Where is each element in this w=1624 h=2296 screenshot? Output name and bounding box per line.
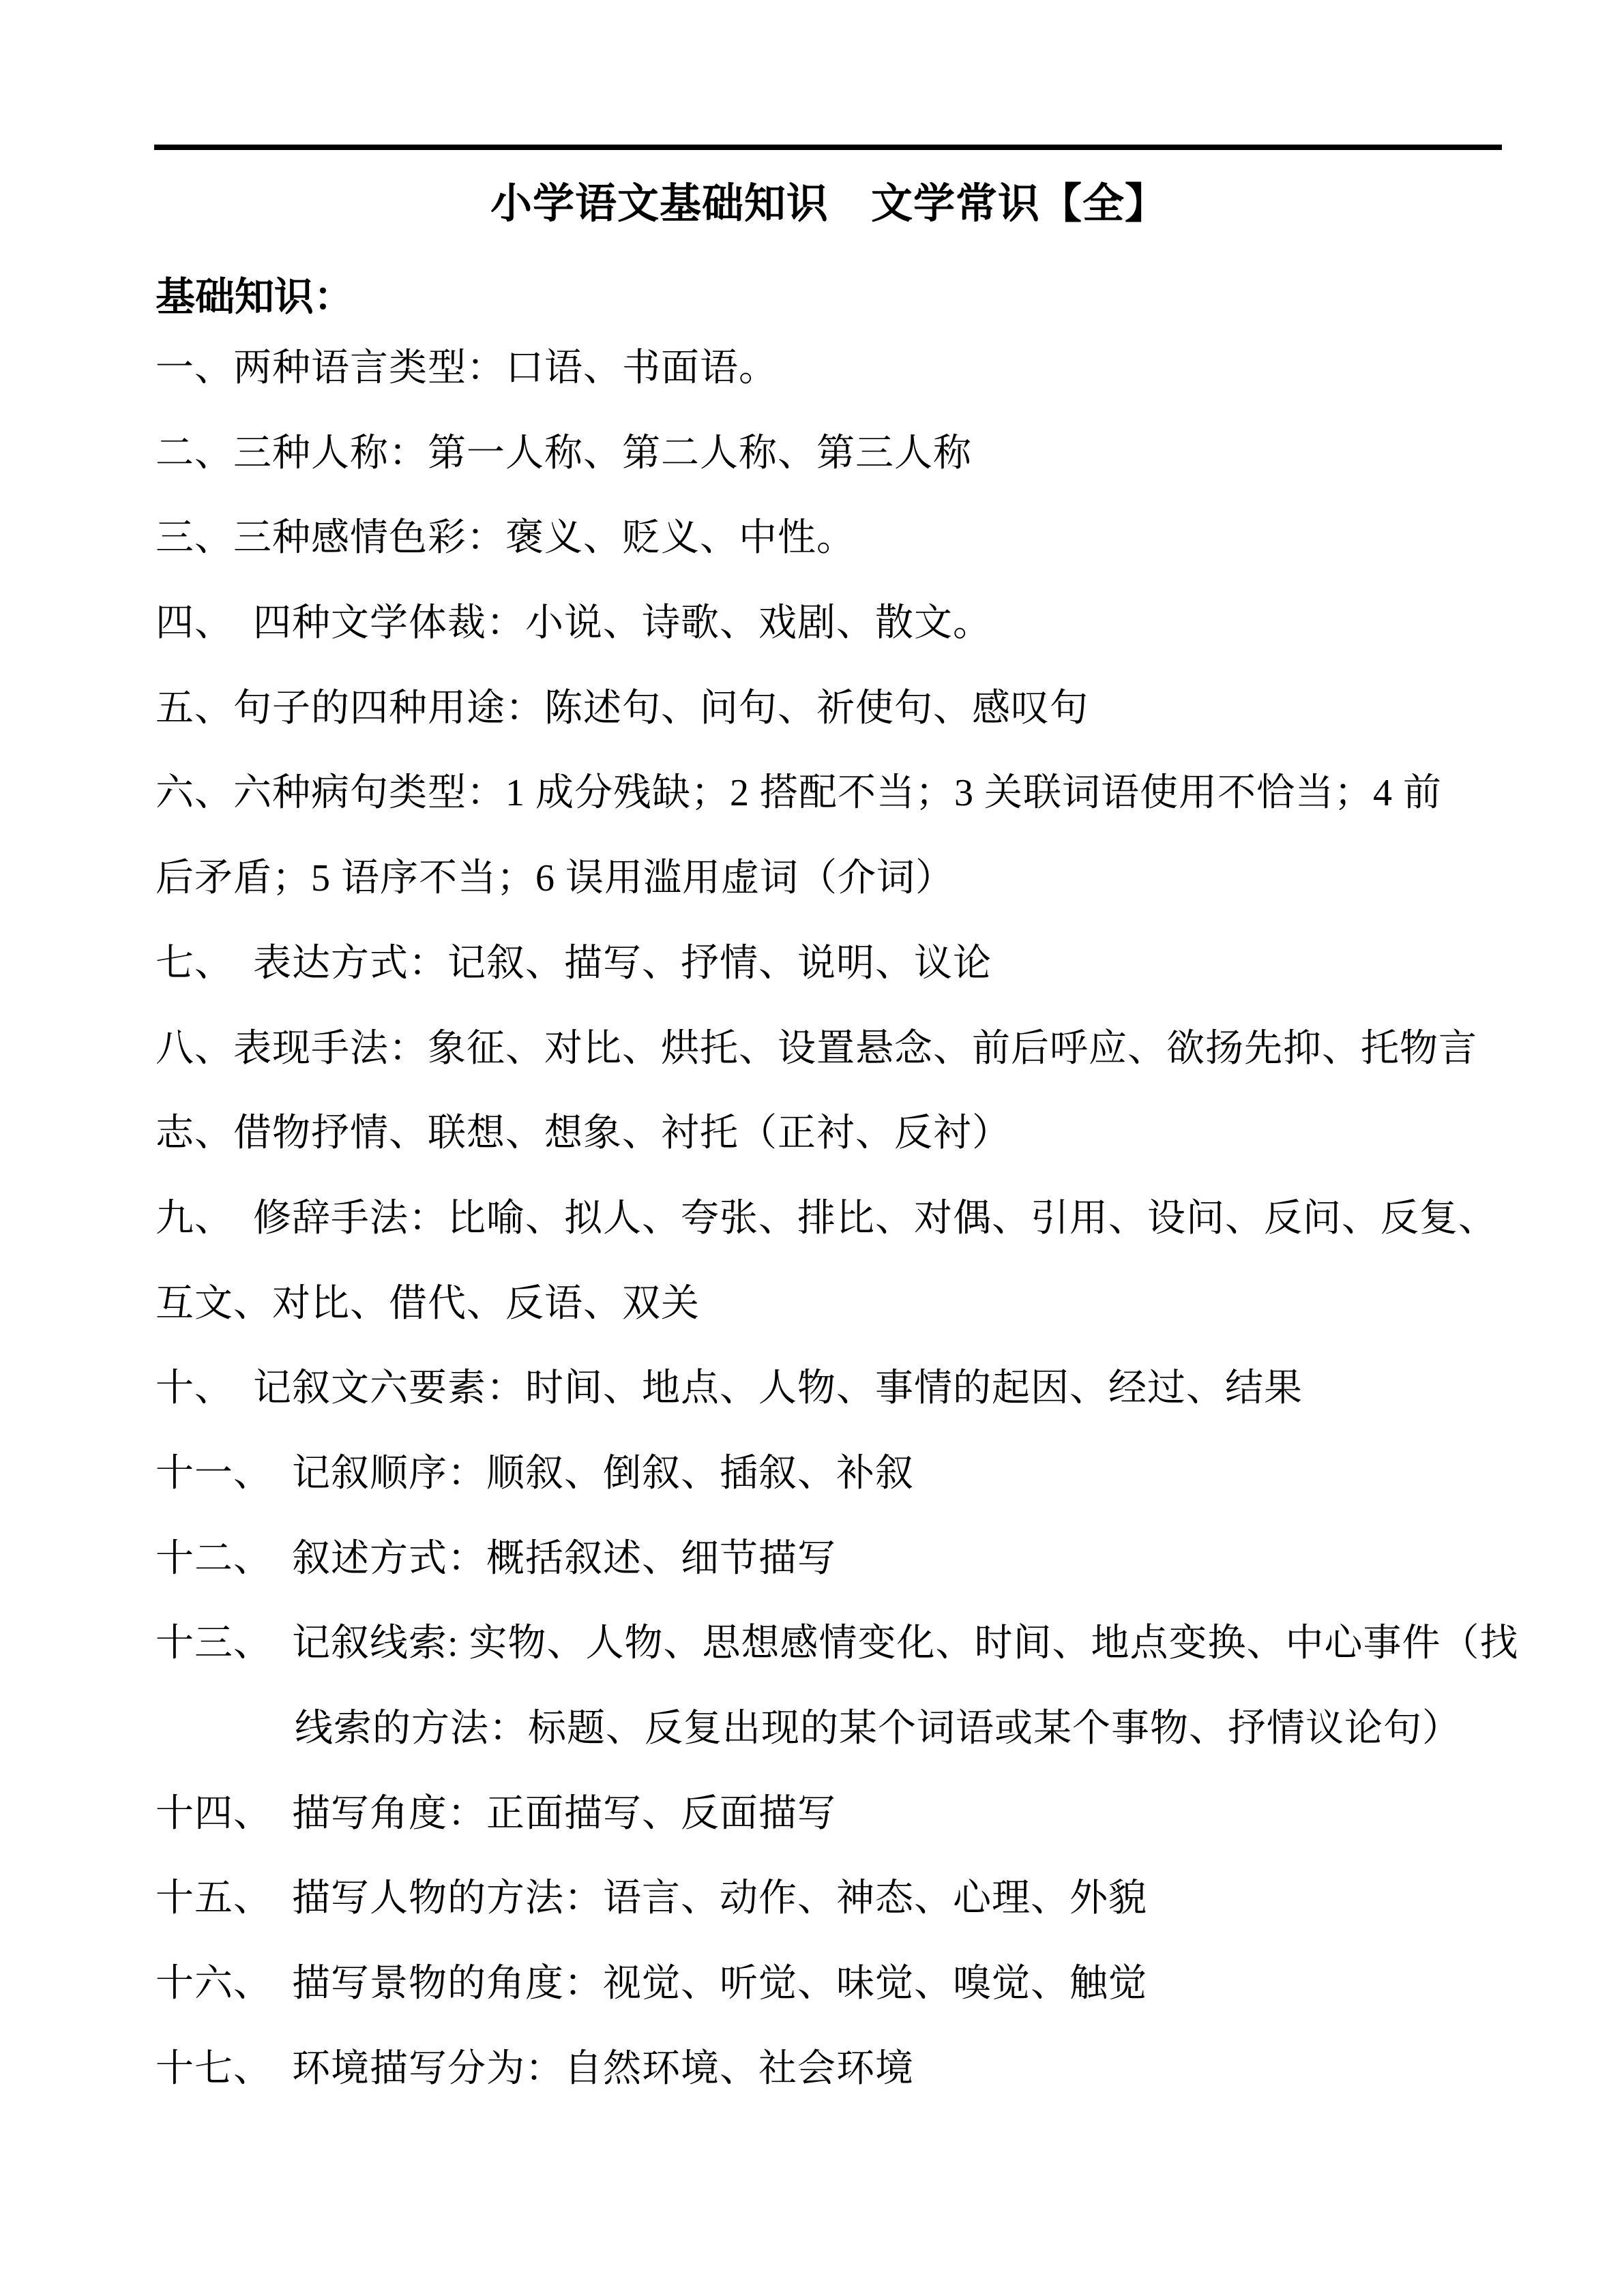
line-15: 十二、 叙述方式：概括叙述、细节描写 bbox=[156, 1517, 1506, 1602]
content-body: 一、两种语言类型：口语、书面语。 二、三种人称：第一人称、第二人称、第三人称 三… bbox=[156, 326, 1506, 2111]
line-01: 一、两种语言类型：口语、书面语。 bbox=[156, 326, 1506, 411]
page-title: 小学语文基础知识 文学常识【全】 bbox=[156, 177, 1502, 232]
line-19: 十五、 描写人物的方法：语言、动作、神态、心理、外貌 bbox=[156, 1856, 1506, 1941]
line-05: 五、句子的四种用途：陈述句、问句、祈使句、感叹句 bbox=[156, 666, 1506, 751]
line-18: 十四、 描写角度：正面描写、反面描写 bbox=[156, 1772, 1506, 1857]
document-page: 小学语文基础知识 文学常识【全】 基础知识： 一、两种语言类型：口语、书面语。 … bbox=[0, 0, 1624, 2296]
line-16: 十三、 记叙线索: 实物、人物、思想感情变化、时间、地点变换、中心事件（找 bbox=[156, 1601, 1506, 1686]
line-06: 六、六种病句类型：1 成分残缺；2 搭配不当；3 关联词语使用不恰当；4 前 bbox=[156, 751, 1506, 836]
line-13: 十、 记叙文六要素：时间、地点、人物、事情的起因、经过、结果 bbox=[156, 1346, 1506, 1431]
line-12-continuation: 互文、对比、借代、反语、双关 bbox=[156, 1262, 1506, 1347]
line-10-continuation: 志、借物抒情、联想、想象、衬托（正衬、反衬） bbox=[156, 1091, 1506, 1176]
line-02: 二、三种人称：第一人称、第二人称、第三人称 bbox=[156, 411, 1506, 496]
line-08: 七、 表达方式：记叙、描写、抒情、说明、议论 bbox=[156, 921, 1506, 1007]
section-heading: 基础知识： bbox=[156, 271, 353, 323]
line-09: 八、表现手法：象征、对比、烘托、设置悬念、前后呼应、欲扬先抑、托物言 bbox=[156, 1007, 1506, 1092]
line-17-continuation: 线索的方法：标题、反复出现的某个词语或某个事物、抒情议论句） bbox=[295, 1686, 1506, 1772]
header-rule bbox=[154, 145, 1502, 150]
line-03: 三、三种感情色彩：褒义、贬义、中性。 bbox=[156, 496, 1506, 581]
line-21: 十七、 环境描写分为：自然环境、社会环境 bbox=[156, 2027, 1506, 2112]
line-11: 九、 修辞手法：比喻、拟人、夸张、排比、对偶、引用、设问、反问、反复、 bbox=[156, 1176, 1506, 1262]
line-04: 四、 四种文学体裁：小说、诗歌、戏剧、散文。 bbox=[156, 581, 1506, 666]
line-14: 十一、 记叙顺序：顺叙、倒叙、插叙、补叙 bbox=[156, 1431, 1506, 1517]
line-20: 十六、 描写景物的角度：视觉、听觉、味觉、嗅觉、触觉 bbox=[156, 1941, 1506, 2027]
line-07-continuation: 后矛盾；5 语序不当；6 误用滥用虚词（介词） bbox=[156, 836, 1506, 921]
